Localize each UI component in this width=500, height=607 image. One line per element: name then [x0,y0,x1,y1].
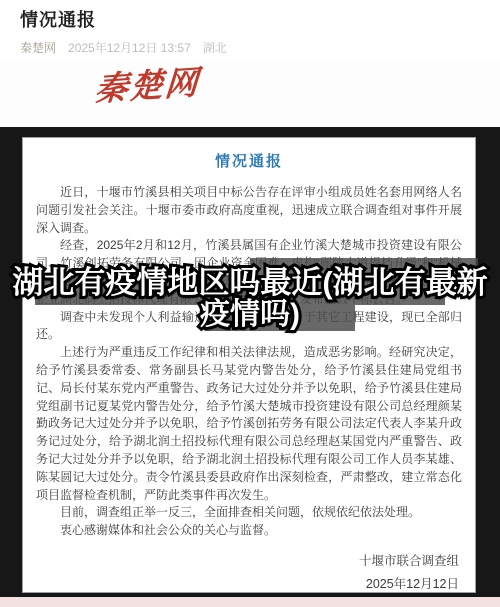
document-paragraph: 近日，十堰市竹溪县相关项目中标公告存在评审小组成员姓名套用网络人名问题引发社会关… [36,184,462,237]
qinchuwang-calligraphy-logo: 秦楚网 [93,56,201,111]
overlay-title-line2: 疫情吗) [0,299,500,330]
byline-datetime: 2025年12月12日 13:57 [68,41,191,55]
document-paragraph: 上述行为严重违反工作纪律和相关法律法规，造成恶劣影响。经研究决定，给予竹溪县委常… [36,344,462,504]
document-paragraph: 目前，调查组正举一反三，全面排查相关问题，依规依纪依法处理。 [36,504,462,522]
article-page: 情况通报 秦楚网2025年12月12日 13:57湖北 秦楚网 情况通报 近日，… [0,0,500,607]
signature-org: 十堰市联合调查组 [359,550,459,573]
document-signature: 十堰市联合调查组 2025年12月12日 [359,550,459,595]
overlay-title-line1: 湖北有疫情地区吗最近(湖北有最新 [0,267,500,298]
notice-document: 情况通报 近日，十堰市竹溪县相关项目中标公告存在评审小组成员姓名套用网络人名问题… [22,137,476,593]
byline-region: 湖北 [203,41,227,55]
page-title: 情况通报 [20,6,96,32]
byline-source-link[interactable]: 秦楚网 [20,41,56,55]
article-image[interactable]: 秦楚网 情况通报 近日，十堰市竹溪县相关项目中标公告存在评审小组成员姓名套用网络… [0,60,500,607]
signature-date: 2025年12月12日 [359,573,459,596]
overlay-keyword-title: 湖北有疫情地区吗最近(湖北有最新 疫情吗) [0,267,500,330]
document-paragraph: 衷心感谢媒体和社会公众的关心与监督。 [36,522,462,540]
bottom-strip [0,597,500,607]
document-body: 近日，十堰市竹溪县相关项目中标公告存在评审小组成员姓名套用网络人名问题引发社会关… [36,184,462,540]
byline: 秦楚网2025年12月12日 13:57湖北 [20,39,227,56]
screenshot-frame: 情况通报 近日，十堰市竹溪县相关项目中标公告存在评审小组成员姓名套用网络人名问题… [0,127,500,597]
document-title: 情况通报 [23,150,475,171]
